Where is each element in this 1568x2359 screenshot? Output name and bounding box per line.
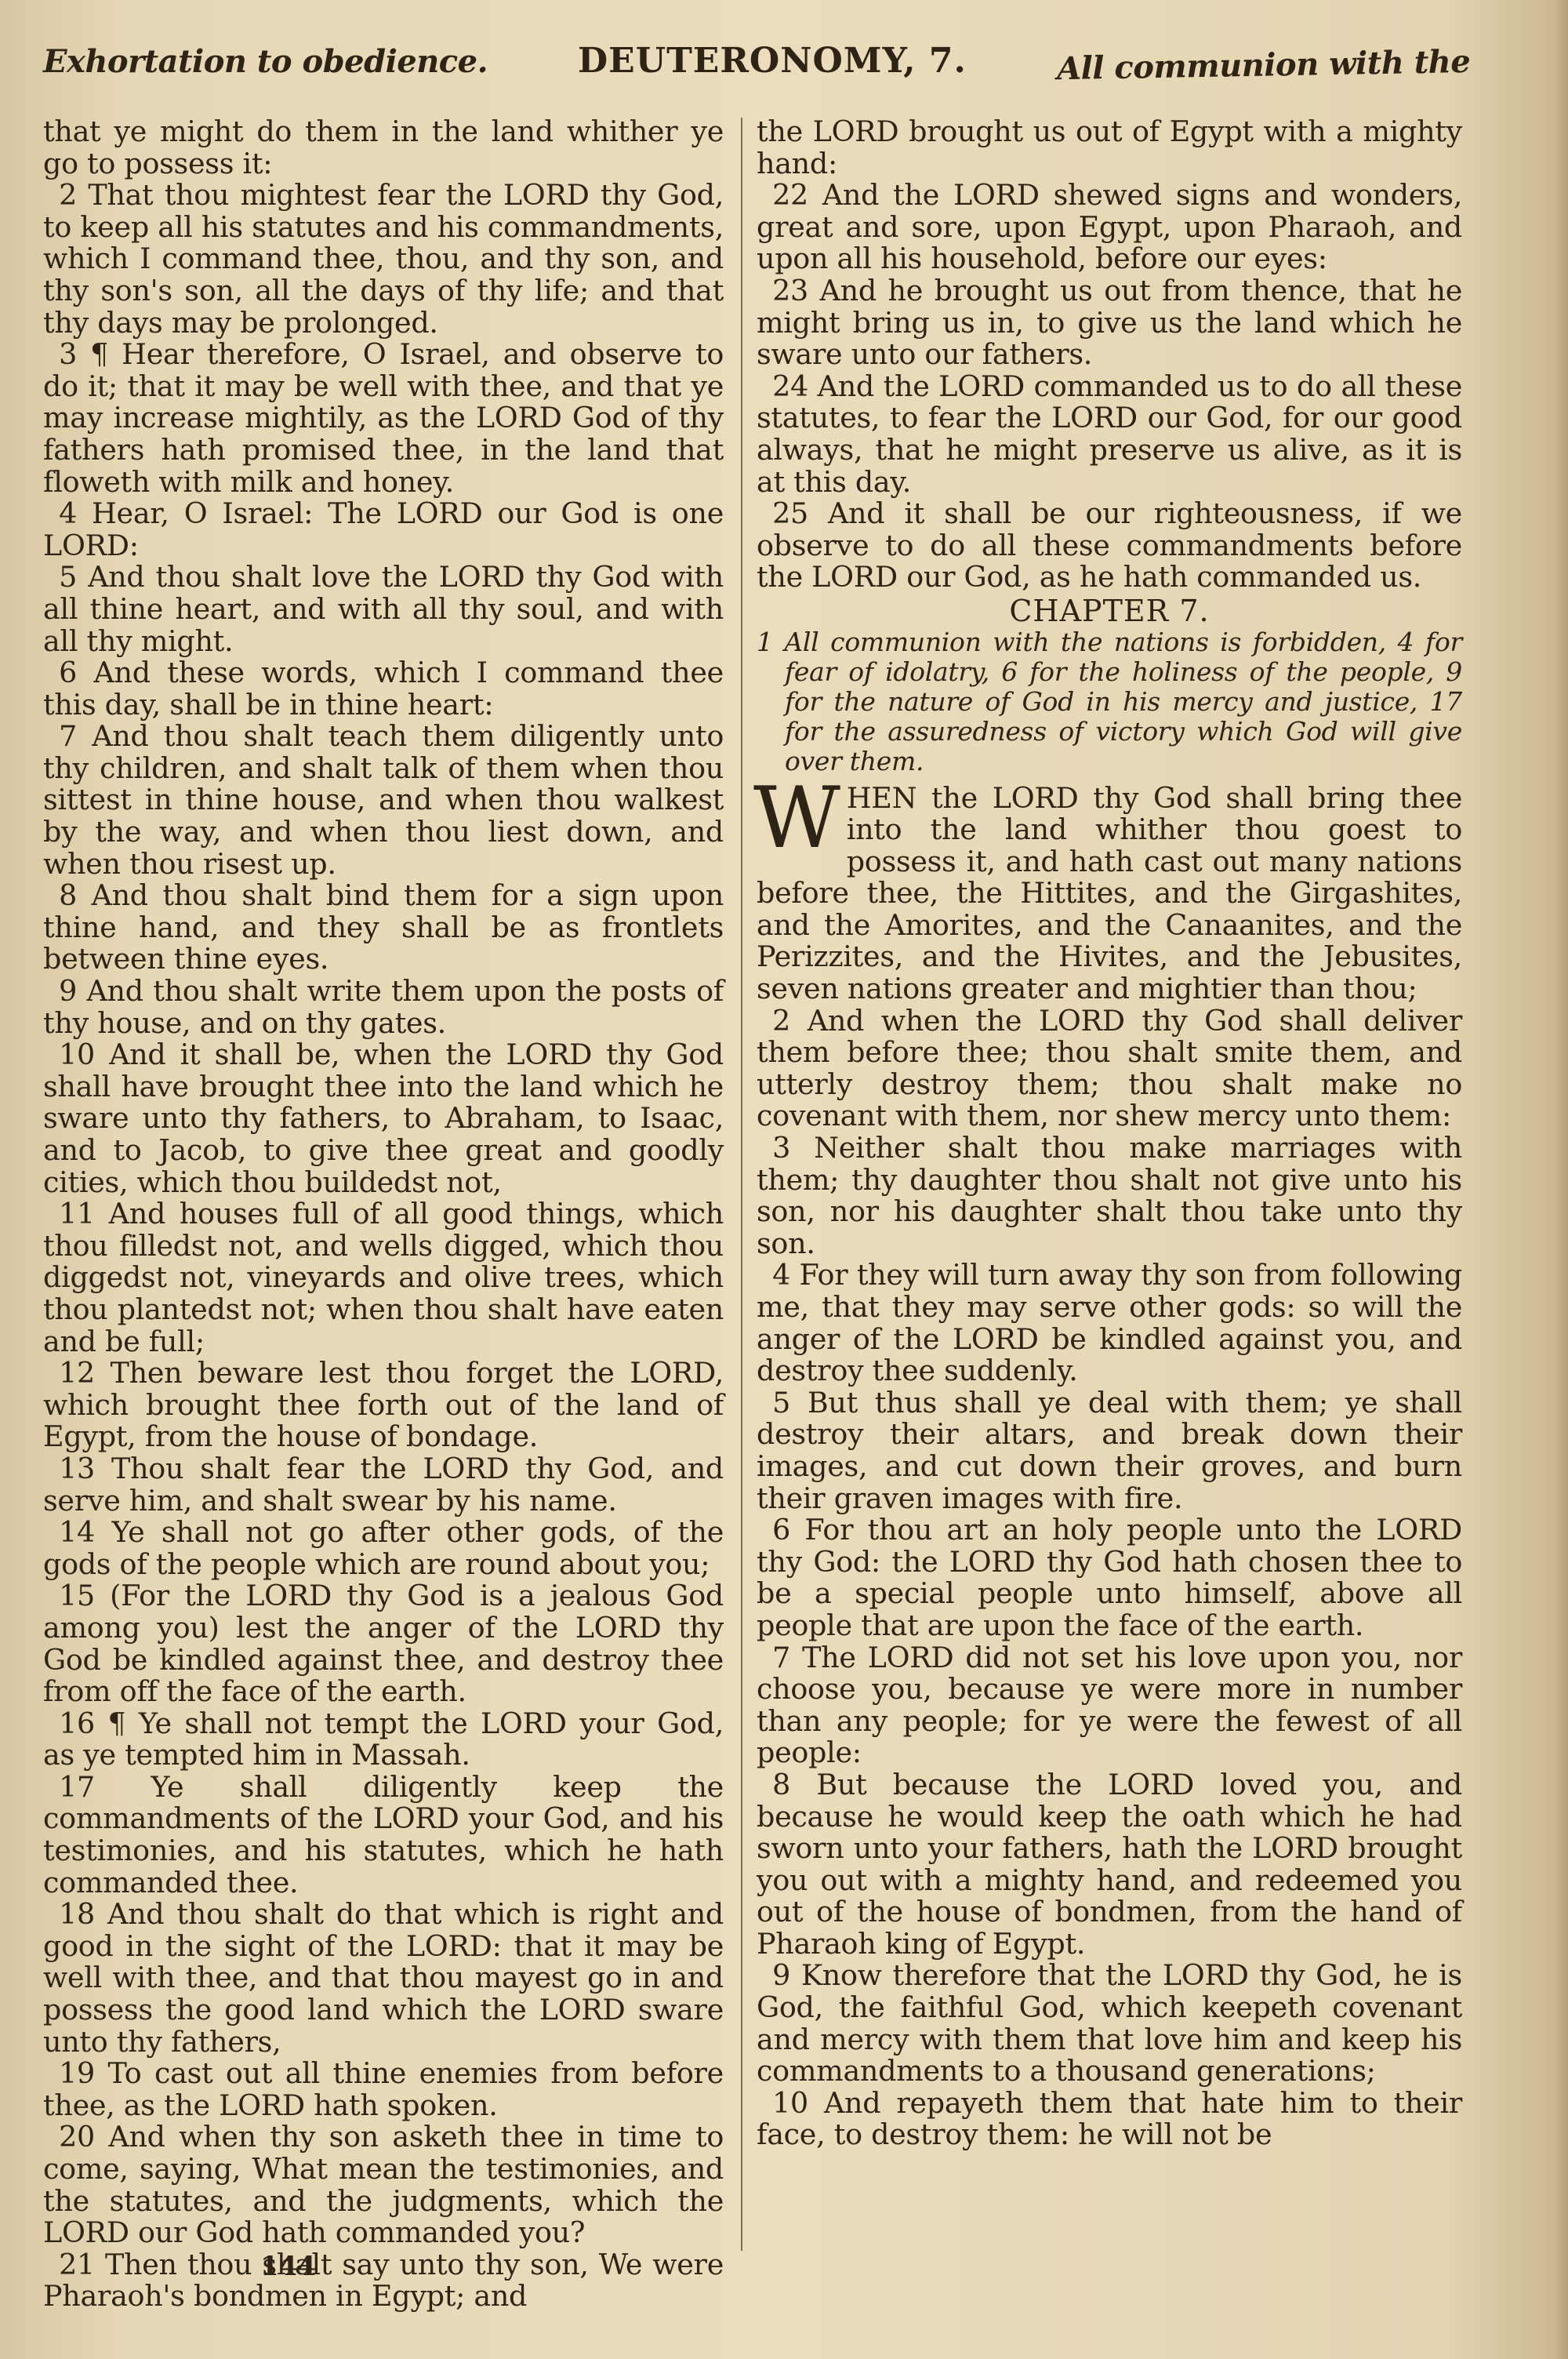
running-head: Exhortation to obedience. DEUTERONOMY, 7… bbox=[43, 41, 1470, 96]
drop-cap: W bbox=[753, 786, 840, 852]
verse: 16 ¶ Ye shall not tempt the LORD your Go… bbox=[43, 1708, 724, 1772]
running-head-left: Exhortation to obedience. bbox=[43, 43, 488, 80]
verse: 9 And thou shalt write them upon the pos… bbox=[43, 976, 724, 1039]
verse-continuation: the LORD brought us out of Egypt with a … bbox=[757, 116, 1462, 180]
verse: 5 And thou shalt love the LORD thy God w… bbox=[43, 562, 724, 657]
column-divider bbox=[741, 118, 742, 2251]
verse: 3 Neither shalt thou make marriages with… bbox=[757, 1132, 1462, 1259]
left-column: that ye might do them in the land whithe… bbox=[43, 116, 724, 2313]
verse: 11 And houses full of all good things, w… bbox=[43, 1198, 724, 1358]
verse: 8 But because the LORD loved you, and be… bbox=[757, 1769, 1462, 1961]
bible-page: Exhortation to obedience. DEUTERONOMY, 7… bbox=[0, 0, 1568, 2359]
verse: 25 And it shall be our righteousness, if… bbox=[757, 498, 1462, 594]
chapter-first-verse: WHEN the LORD thy God shall bring thee i… bbox=[757, 783, 1462, 1005]
verse: 13 Thou shalt fear the LORD thy God, and… bbox=[43, 1453, 724, 1517]
verse: 24 And the LORD commanded us to do all t… bbox=[757, 371, 1462, 498]
verse: 2 That thou mightest fear the LORD thy G… bbox=[43, 180, 724, 339]
verse: 2 And when the LORD thy God shall delive… bbox=[757, 1005, 1462, 1132]
verse: 5 But thus shall ye deal with them; ye s… bbox=[757, 1387, 1462, 1514]
verse: 20 And when thy son asketh thee in time … bbox=[43, 2121, 724, 2248]
chapter-summary: 1 All communion with the nations is forb… bbox=[757, 627, 1462, 776]
verse: 6 For thou art an holy people unto the L… bbox=[757, 1514, 1462, 1641]
verse: 4 For they will turn away thy son from f… bbox=[757, 1259, 1462, 1387]
right-column: the LORD brought us out of Egypt with a … bbox=[757, 116, 1462, 2151]
verse: 23 And he brought us out from thence, th… bbox=[757, 275, 1462, 371]
verse: 19 To cast out all thine enemies from be… bbox=[43, 2058, 724, 2121]
verse: 12 Then beware lest thou forget the LORD… bbox=[43, 1358, 724, 1453]
page-edge bbox=[1537, 0, 1568, 2359]
verse: 18 And thou shalt do that which is right… bbox=[43, 1899, 724, 2058]
running-head-book-title: DEUTERONOMY, 7. bbox=[578, 41, 967, 81]
chapter-heading: CHAPTER 7. bbox=[757, 595, 1462, 627]
verse: 22 And the LORD shewed signs and wonders… bbox=[757, 180, 1462, 275]
verse: 3 ¶ Hear therefore, O Israel, and observ… bbox=[43, 339, 724, 498]
verse: 10 And repayeth them that hate him to th… bbox=[757, 2088, 1462, 2151]
verse: 7 The LORD did not set his love upon you… bbox=[757, 1642, 1462, 1769]
verse: 7 And thou shalt teach them diligently u… bbox=[43, 721, 724, 880]
running-head-right: All communion with the bbox=[1056, 43, 1470, 87]
verse: 4 Hear, O Israel: The LORD our God is on… bbox=[43, 498, 724, 562]
verse: 14 Ye shall not go after other gods, of … bbox=[43, 1517, 724, 1580]
verse: 17 Ye shall diligently keep the commandm… bbox=[43, 1772, 724, 1899]
verse: 15 (For the LORD thy God is a jealous Go… bbox=[43, 1580, 724, 1707]
verse: 9 Know therefore that the LORD thy God, … bbox=[757, 1960, 1462, 2087]
verse-continuation: that ye might do them in the land whithe… bbox=[43, 116, 724, 180]
verse: 10 And it shall be, when the LORD thy Go… bbox=[43, 1039, 724, 1198]
verse: 8 And thou shalt bind them for a sign up… bbox=[43, 880, 724, 976]
page-number: 144 bbox=[260, 2251, 316, 2282]
verse: 6 And these words, which I command thee … bbox=[43, 657, 724, 721]
verse: 21 Then thou shalt say unto thy son, We … bbox=[43, 2249, 724, 2313]
